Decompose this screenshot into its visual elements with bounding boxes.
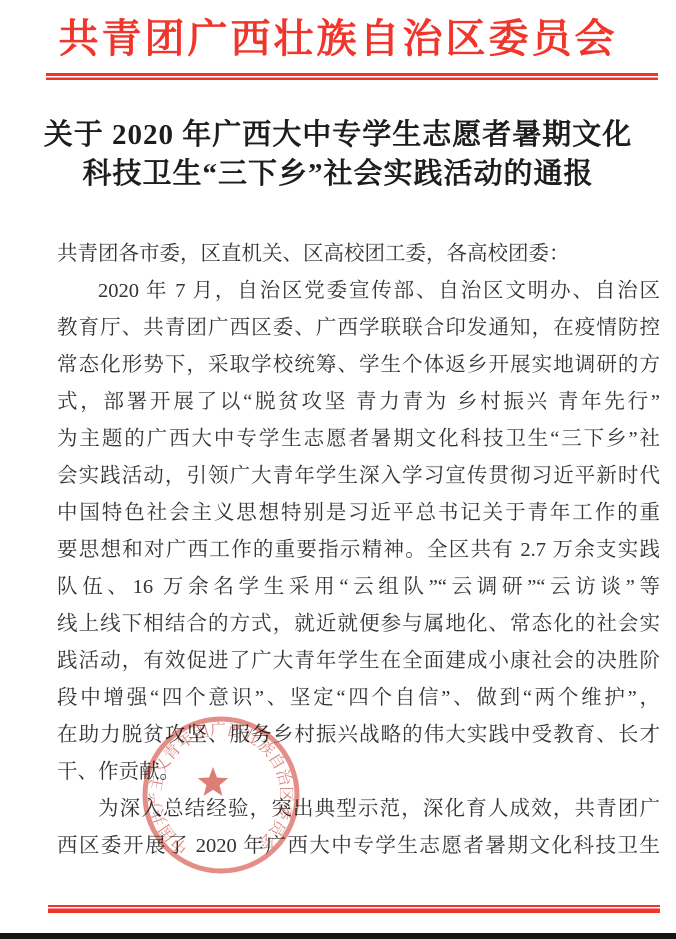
- body-line: 为主题的广西大中专学生志愿者暑期文化科技卫生“三下乡”社: [57, 421, 660, 458]
- body-line: 中国特色社会主义思想特别是习近平总书记关于青年工作的重: [57, 495, 660, 532]
- salutation-line: 共青团各市委，区直机关、区高校团工委，各高校团委：: [57, 236, 660, 273]
- body-line: 段中增强“四个意识”、坚定“四个自信”、做到“两个维护”，: [57, 680, 660, 717]
- body-line: 教育厅、共青团广西区委、广西学联联合印发通知，在疫情防控: [57, 310, 660, 347]
- document-body: 共青团各市委，区直机关、区高校团工委，各高校团委： 2020 年 7 月，自治区…: [57, 236, 660, 865]
- body-line: 队伍、16 万余名学生采用“云组队”“云调研”“云访谈”等: [57, 569, 660, 606]
- body-line: 常态化形势下，采取学校统筹、学生个体返乡开展实地调研的方: [57, 347, 660, 384]
- body-line: 式，部署开展了以“脱贫攻坚 青力青为 乡村振兴 青年先行”: [57, 384, 660, 421]
- footer-divider-rule: [48, 905, 660, 913]
- document-title: 关于 2020 年广西大中专学生志愿者暑期文化 科技卫生“三下乡”社会实践活动的…: [0, 116, 676, 194]
- body-line: 会实践活动，引领广大青年学生深入学习宣传贯彻习近平新时代: [57, 458, 660, 495]
- body-line: 干、作贡献。: [57, 754, 660, 791]
- letterhead-org-name: 共青团广西壮族自治区委员会: [0, 0, 676, 62]
- body-lines: 2020 年 7 月，自治区党委宣传部、自治区文明办、自治区教育厅、共青团广西区…: [57, 273, 660, 865]
- body-line: 线上线下相结合的方式，就近就便参与属地化、常态化的社会实: [57, 606, 660, 643]
- body-line: 在助力脱贫攻坚、服务乡村振兴战略的伟大实践中受教育、长才: [57, 717, 660, 754]
- document-title-line-1: 关于 2020 年广西大中专学生志愿者暑期文化: [0, 116, 676, 155]
- body-line: 2020 年 7 月，自治区党委宣传部、自治区文明办、自治区: [57, 273, 660, 310]
- document-title-line-2: 科技卫生“三下乡”社会实践活动的通报: [0, 155, 676, 194]
- document-page: 共青团广西壮族自治区委员会 关于 2020 年广西大中专学生志愿者暑期文化 科技…: [0, 0, 676, 939]
- body-line: 西区委开展了 2020 年广西大中专学生志愿者暑期文化科技卫生: [57, 828, 660, 865]
- letterhead-divider-rule: [46, 73, 658, 80]
- body-line: 要思想和对广西工作的重要指示精神。全区共有 2.7 万余支实践: [57, 532, 660, 569]
- page-bottom-edge: [0, 933, 676, 939]
- body-line: 践活动，有效促进了广大青年学生在全面建成小康社会的决胜阶: [57, 643, 660, 680]
- body-line: 为深入总结经验，突出典型示范，深化育人成效，共青团广: [57, 791, 660, 828]
